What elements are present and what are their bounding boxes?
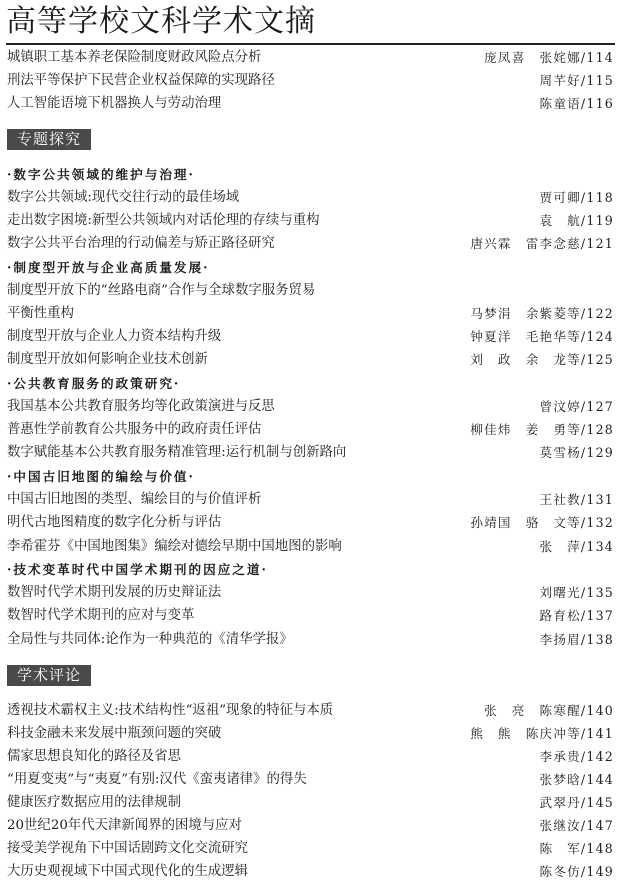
article-title[interactable]: 透视技术霸权主义:技术结构性“返祖”现象的特征与本质: [7, 699, 333, 722]
article-title[interactable]: 我国基本公共教育服务均等化政策演进与反思: [7, 395, 275, 418]
article-title[interactable]: 科技金融未来发展中瓶颈问题的突破: [7, 722, 221, 745]
section-tag-academic-review: 学术评论: [7, 665, 91, 686]
author: 刘 政: [470, 348, 511, 371]
toc-entry[interactable]: 健康医疗数据应用的法律规制 武翠丹/145: [7, 791, 614, 814]
article-title[interactable]: 数字公共平台治理的行动偏差与矫正路径研究: [7, 232, 275, 255]
group-heading: ·数字公共领域的维护与治理·: [7, 163, 195, 186]
article-title[interactable]: 普惠性学前教育公共服务中的政府责任评估: [7, 418, 261, 441]
toc-entry[interactable]: 制度型开放与企业人力资本结构升级 钟夏洋毛艳华等/124: [7, 325, 614, 348]
author-page: 王社教/131: [540, 488, 614, 511]
author-page: 姜 勇等/128: [526, 418, 614, 441]
toc-entry[interactable]: 大历史观视域下中国式现代化的生成逻辑 陈冬仿/149: [7, 860, 614, 883]
author-page: 周芊好/115: [540, 69, 614, 92]
author: 孙靖国: [470, 511, 511, 534]
author: 柳佳炜: [470, 418, 511, 441]
article-title[interactable]: 人工智能语境下机器换人与劳动治理: [7, 92, 221, 115]
toc-entry[interactable]: 我国基本公共教育服务均等化政策演进与反思 曾汶婷/127: [7, 395, 614, 418]
article-title[interactable]: 李希霍芬《中国地图集》编绘对德绘早期中国地图的影响: [7, 535, 342, 558]
article-title[interactable]: 制度型开放如何影响企业技术创新: [7, 348, 208, 371]
toc-entry[interactable]: 数智时代学术期刊发展的历史辩证法 刘曙光/135: [7, 581, 614, 604]
group-heading: ·公共教育服务的政策研究·: [7, 372, 180, 395]
article-title[interactable]: 明代古地图精度的数字化分析与评估: [7, 511, 221, 534]
toc-entry[interactable]: 全局性与共同体:论作为一种典范的《清华学报》 李扬眉/138: [7, 628, 614, 651]
author: 钟夏洋: [470, 325, 511, 348]
toc-entry[interactable]: 透视技术霸权主义:技术结构性“返祖”现象的特征与本质 张 亮陈寒醒/140: [7, 699, 614, 722]
toc-entry[interactable]: 走出数字困境:新型公共领域内对话伦理的存续与重构 袁 航/119: [7, 209, 614, 232]
author-page: 骆 文等/132: [526, 511, 614, 534]
author-page: 曾汶婷/127: [540, 395, 614, 418]
article-title[interactable]: 数智时代学术期刊发展的历史辩证法: [7, 581, 221, 604]
author-page: 武翠丹/145: [540, 791, 614, 814]
toc-entry[interactable]: 李希霍芬《中国地图集》编绘对德绘早期中国地图的影响 张 萍/134: [7, 535, 614, 558]
author-page: 陈寒醒/140: [540, 699, 614, 722]
author-page: 张姹娜/114: [540, 46, 614, 69]
toc-entry[interactable]: 儒家思想良知化的路径及省思 李承贵/142: [7, 745, 614, 768]
article-title[interactable]: 走出数字困境:新型公共领域内对话伦理的存续与重构: [7, 209, 320, 232]
author-page: 贾可卿/118: [540, 186, 614, 209]
author-page: 陈庆冲等/141: [526, 722, 614, 745]
article-title[interactable]: 20世纪20年代天津新闻界的困境与应对: [7, 814, 242, 837]
article-title[interactable]: 数智时代学术期刊的应对与变革: [7, 604, 194, 627]
journal-title: 高等学校文科学术文摘: [6, 4, 316, 40]
author: 马梦涓: [470, 302, 511, 325]
article-title[interactable]: 刑法平等保护下民营企业权益保障的实现路径: [7, 69, 275, 92]
toc-entry[interactable]: 中国古旧地图的类型、编绘目的与价值评析 王社教/131: [7, 488, 614, 511]
toc-entry[interactable]: 数字公共领域:现代交往行动的最佳场域 贾可卿/118: [7, 186, 614, 209]
article-title[interactable]: 平衡性重构: [7, 302, 74, 325]
toc-entry[interactable]: “用夏变夷”与“夷夏”有别:汉代《蛮夷诸律》的得失 张梦晗/144: [7, 768, 614, 791]
author: 张 亮: [484, 699, 525, 722]
author-page: 陈童语/116: [540, 92, 614, 115]
toc-entry[interactable]: 科技金融未来发展中瓶颈问题的突破 熊 熊陈庆冲等/141: [7, 722, 614, 745]
author-page: 李扬眉/138: [540, 628, 614, 651]
title-divider: [6, 43, 615, 45]
toc-entry[interactable]: 人工智能语境下机器换人与劳动治理 陈童语/116: [7, 92, 614, 115]
author-page: 路育松/137: [540, 604, 614, 627]
author: 唐兴霖: [470, 232, 511, 255]
article-title[interactable]: 制度型开放下的“丝路电商”合作与全球数字服务贸易: [7, 279, 315, 302]
article-title[interactable]: “用夏变夷”与“夷夏”有别:汉代《蛮夷诸律》的得失: [7, 768, 307, 791]
article-title[interactable]: 全局性与共同体:论作为一种典范的《清华学报》: [7, 628, 293, 651]
toc-entry[interactable]: 刑法平等保护下民营企业权益保障的实现路径 周芊好/115: [7, 69, 614, 92]
author: 庞凤喜: [484, 46, 525, 69]
toc-entry[interactable]: 城镇职工基本养老保险制度财政风险点分析 庞凤喜张姹娜/114: [7, 46, 614, 69]
author-page: 李承贵/142: [540, 745, 614, 768]
author-page: 陈冬仿/149: [540, 860, 614, 883]
toc-entry[interactable]: 数字赋能基本公共教育服务精准管理:运行机制与创新路向 莫雪杨/129: [7, 441, 614, 464]
author-page: 张梦晗/144: [540, 768, 614, 791]
toc-entry[interactable]: 20世纪20年代天津新闻界的困境与应对 张继汝/147: [7, 814, 614, 837]
toc-entry[interactable]: 普惠性学前教育公共服务中的政府责任评估 柳佳炜姜 勇等/128: [7, 418, 614, 441]
article-title[interactable]: 制度型开放与企业人力资本结构升级: [7, 325, 221, 348]
author-page: 余 龙等/125: [526, 348, 614, 371]
toc-entry[interactable]: 数字公共平台治理的行动偏差与矫正路径研究 唐兴霖雷李念慈/121: [7, 232, 614, 255]
article-title[interactable]: 大历史观视域下中国式现代化的生成逻辑: [7, 860, 248, 883]
section-tag-special-topics: 专题探究: [7, 129, 91, 150]
toc-entry[interactable]: 制度型开放下的“丝路电商”合作与全球数字服务贸易: [7, 279, 614, 302]
group-heading: ·制度型开放与企业高质量发展·: [7, 256, 210, 279]
author-page: 雷李念慈/121: [526, 232, 614, 255]
article-title[interactable]: 儒家思想良知化的路径及省思: [7, 745, 181, 768]
group-heading: ·中国古旧地图的编绘与价值·: [7, 465, 195, 488]
author-page: 刘曙光/135: [540, 581, 614, 604]
author-page: 毛艳华等/124: [526, 325, 614, 348]
article-title[interactable]: 中国古旧地图的类型、编绘目的与价值评析: [7, 488, 261, 511]
article-title[interactable]: 健康医疗数据应用的法律规制: [7, 791, 181, 814]
toc-entry[interactable]: 明代古地图精度的数字化分析与评估 孙靖国骆 文等/132: [7, 511, 614, 534]
article-title[interactable]: 数字赋能基本公共教育服务精准管理:运行机制与创新路向: [7, 441, 346, 464]
toc-entry[interactable]: 数智时代学术期刊的应对与变革 路育松/137: [7, 604, 614, 627]
toc-entry[interactable]: 接受美学视角下中国话剧跨文化交流研究 陈 军/148: [7, 837, 614, 860]
author-page: 余紫菱等/122: [526, 302, 614, 325]
author-page: 袁 航/119: [540, 209, 614, 232]
article-title[interactable]: 接受美学视角下中国话剧跨文化交流研究: [7, 837, 248, 860]
toc-entry[interactable]: 平衡性重构 马梦涓余紫菱等/122: [7, 302, 614, 325]
author-page: 张继汝/147: [540, 814, 614, 837]
author-page: 张 萍/134: [540, 535, 614, 558]
group-heading: ·技术变革时代中国学术期刊的因应之道·: [7, 558, 268, 581]
article-title[interactable]: 城镇职工基本养老保险制度财政风险点分析: [7, 46, 261, 69]
author-page: 莫雪杨/129: [540, 441, 614, 464]
author: 熊 熊: [470, 722, 511, 745]
toc-entry[interactable]: 制度型开放如何影响企业技术创新 刘 政余 龙等/125: [7, 348, 614, 371]
author-page: 陈 军/148: [540, 837, 614, 860]
article-title[interactable]: 数字公共领域:现代交往行动的最佳场域: [7, 186, 239, 209]
